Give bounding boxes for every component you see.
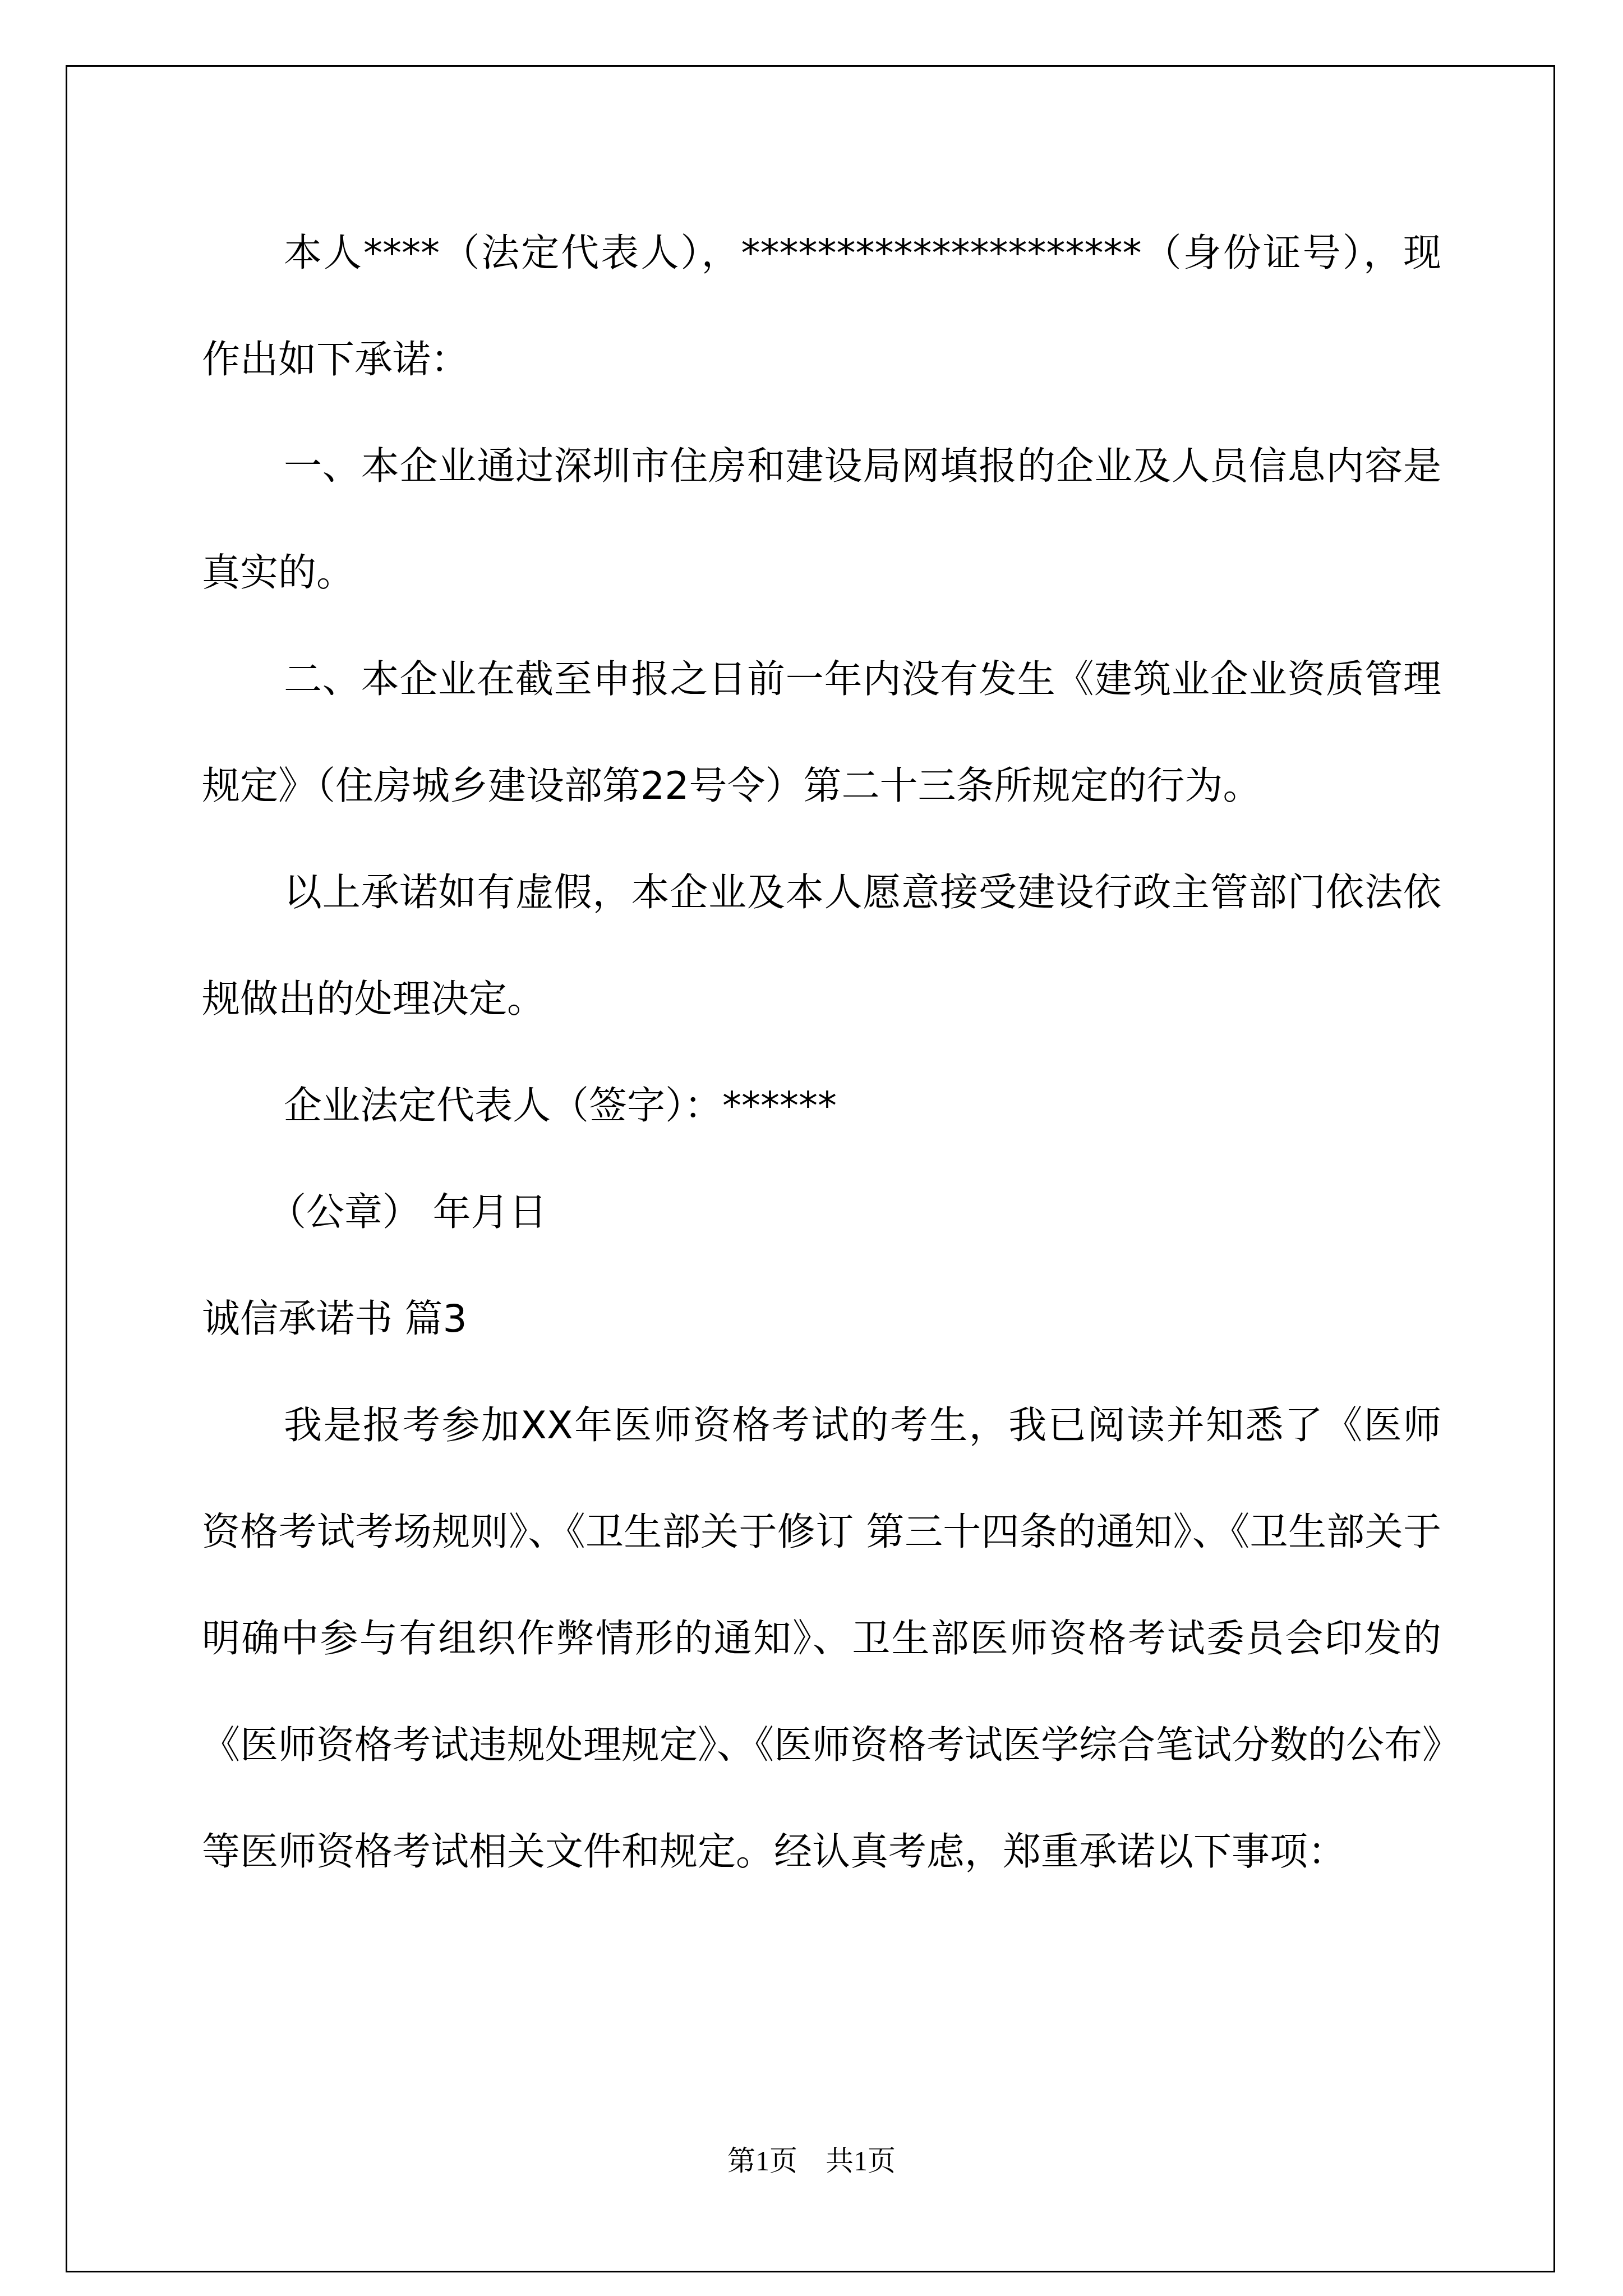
signature-line: 企业法定代表人（签字）：****** — [202, 1053, 1441, 1159]
paragraph-commitment-1: 一、本企业通过深圳市住房和建设局网填报的企业及人员信息内容是真实的。 — [202, 413, 1441, 627]
paragraph-commitment-2: 二、本企业在截至申报之日前一年内没有发生《建筑业企业资质管理规定》（住房城乡建设… — [202, 627, 1441, 840]
paragraph-liability: 以上承诺如有虚假，本企业及本人愿意接受建设行政主管部门依法依规做出的处理决定。 — [202, 840, 1441, 1053]
seal-date-line: （公章） 年月日 — [202, 1159, 1441, 1266]
section-heading: 诚信承诺书 篇3 — [202, 1266, 1441, 1373]
paragraph-declaration: 本人****（法定代表人），*********************（身份证号… — [202, 200, 1441, 413]
document-body: 本人****（法定代表人），*********************（身份证号… — [202, 200, 1441, 1906]
page-footer: 第1页 共1页 — [0, 2138, 1623, 2179]
paragraph-exam-commitment: 我是报考参加XX年医师资格考试的考生，我已阅读并知悉了《医师资格考试考场规则》、… — [202, 1373, 1441, 1906]
